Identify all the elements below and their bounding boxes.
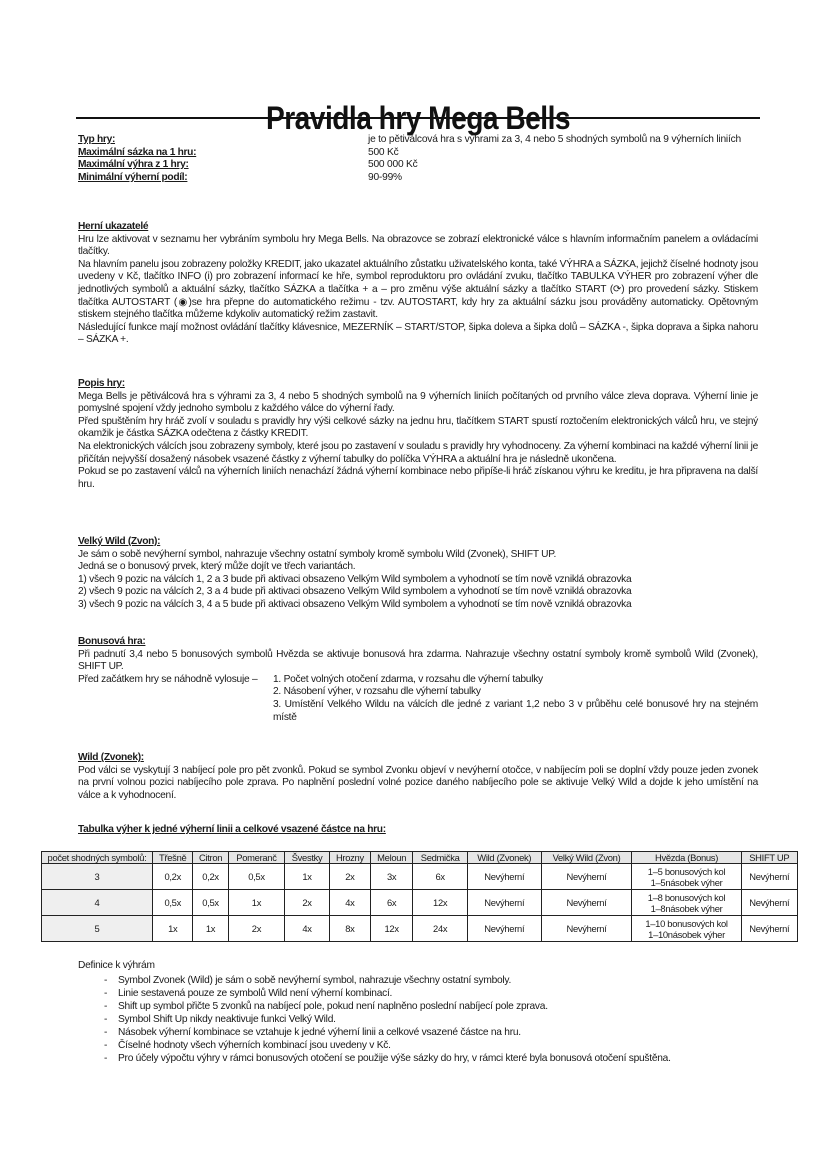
paragraph: Před spuštěním hry hráč zvolí v souladu … [78,416,758,441]
bonus-list: 1. Počet volných otočení zdarma, v rozsa… [273,674,758,724]
bonus-draw: Před začátkem hry se náhodně vylosuje – … [78,674,758,724]
text-line: 1) všech 9 pozic na válcích 1, 2 a 3 bud… [78,574,758,587]
paytable-column-header: Hvězda (Bonus) [632,852,741,864]
section-wild: Wild (Zvonek): Pod válci se vyskytují 3 … [78,752,758,802]
section-heading: Tabulka výher k jedné výherní linii a ce… [78,824,758,837]
section-bonus: Bonusová hra: Při padnutí 3,4 nebo 5 bon… [78,636,758,724]
summary-label: Minimální výherní podíl: [78,172,368,185]
paragraph: Hru lze aktivovat v seznamu her vybráním… [78,234,758,259]
definition-item: Linie sestavená pouze ze symbolů Wild ne… [104,987,778,1000]
definition-item: Číselné hodnoty všech výherních kombinac… [104,1039,778,1052]
bonus-item: 3. Umístění Velkého Wildu na válcích dle… [273,699,758,724]
section-heading: Wild (Zvonek): [78,752,758,765]
payout-cell: 6x [413,864,468,890]
table-row: 30,2x0,2x0,5x1x2x3x6xNevýherníNevýherní1… [42,864,798,890]
payout-cell: Nevýherní [467,864,541,890]
summary-label: Typ hry: [78,134,368,147]
table-row: 40,5x0,5x1x2x4x6x12xNevýherníNevýherní1–… [42,890,798,916]
payout-cell: 4x [285,916,330,942]
payout-cell: 1–10 bonusových kol1–10násobek výher [632,916,741,942]
bonus-item: 2. Násobení výher, v rozsahu dle výherní… [273,686,758,699]
text-line: 2) všech 9 pozic na válcích 2, 3 a 4 bud… [78,586,758,599]
paytable-column-header: Wild (Zvonek) [467,852,541,864]
paytable-column-header: Třešně [153,852,193,864]
payout-cell: 24x [413,916,468,942]
definitions-heading: Definice k výhrám [78,960,778,973]
section-description: Popis hry: Mega Bells je pětiválcová hra… [78,378,758,491]
payout-cell: 2x [285,890,330,916]
text-line: Jedná se o bonusový prvek, který může do… [78,561,758,574]
payout-cell: Nevýherní [467,890,541,916]
symbol-count-cell: 4 [42,890,153,916]
paragraph: Pokud se po zastavení válců na výherních… [78,466,758,491]
payout-cell: 1–5 bonusových kol1–5násobek výher [632,864,741,890]
section-indicators: Herní ukazatelé Hru lze aktivovat v sezn… [78,221,758,347]
summary-row-type: Typ hry: je to pětiválcová hra s výhrami… [78,134,758,147]
paragraph: Na hlavním panelu jsou zobrazeny položky… [78,259,758,322]
title-rule [76,117,760,119]
payout-cell: Nevýherní [541,916,632,942]
paragraph: Mega Bells je pětiválcová hra s výhrami … [78,391,758,416]
payout-cell: 1x [153,916,193,942]
symbol-count-cell: 5 [42,916,153,942]
paragraph: Na elektronických válcích jsou zobrazeny… [78,441,758,466]
payout-cell: Nevýherní [741,916,797,942]
summary-value: 500 000 Kč [368,159,758,172]
paytable-column-header: Sedmička [413,852,468,864]
section-heading: Bonusová hra: [78,636,758,649]
payout-cell: 12x [413,890,468,916]
paytable-column-header: SHIFT UP [741,852,797,864]
text-line: 3) všech 9 pozic na válcích 3, 4 a 5 bud… [78,599,758,612]
paytable-column-header: Meloun [370,852,412,864]
summary-value: je to pětiválcová hra s výhrami za 3, 4 … [368,134,758,147]
payout-cell: 1x [228,890,285,916]
payout-cell: 6x [370,890,412,916]
section-definitions: Definice k výhrám Symbol Zvonek (Wild) j… [78,960,778,1065]
payout-cell: 0,5x [228,864,285,890]
section-big-wild: Velký Wild (Zvon): Je sám o sobě nevýher… [78,536,758,612]
payout-cell: 8x [329,916,370,942]
paragraph: Následující funkce mají možnost ovládání… [78,322,758,347]
bonus-item: 1. Počet volných otočení zdarma, v rozsa… [273,674,758,687]
summary-row-rtp: Minimální výherní podíl: 90-99% [78,172,758,185]
symbol-count-cell: 3 [42,864,153,890]
summary-value: 90-99% [368,172,758,185]
summary-row-max-bet: Maximální sázka na 1 hru: 500 Kč [78,147,758,160]
summary-label: Maximální výhra z 1 hry: [78,159,368,172]
payout-cell: Nevýherní [741,890,797,916]
paragraph: Pod válci se vyskytují 3 nabíjecí pole p… [78,765,758,803]
payout-cell: Nevýherní [541,890,632,916]
payout-cell: Nevýherní [467,916,541,942]
payout-cell: 0,5x [193,890,228,916]
definition-item: Násobek výherní kombinace se vztahuje k … [104,1026,778,1039]
payout-cell: 2x [329,864,370,890]
payout-cell: Nevýherní [541,864,632,890]
definition-item: Symbol Shift Up nikdy neaktivuje funkci … [104,1013,778,1026]
payout-cell: 1–8 bonusových kol1–8násobek výher [632,890,741,916]
payout-cell: 4x [329,890,370,916]
summary-value: 500 Kč [368,147,758,160]
payout-cell: 1x [193,916,228,942]
paytable-column-header: Švestky [285,852,330,864]
payout-cell: Nevýherní [741,864,797,890]
summary-row-max-win: Maximální výhra z 1 hry: 500 000 Kč [78,159,758,172]
payout-cell: 3x [370,864,412,890]
section-heading: Velký Wild (Zvon): [78,536,758,549]
paytable-column-header: Velký Wild (Zvon) [541,852,632,864]
game-summary: Typ hry: je to pětiválcová hra s výhrami… [78,134,758,184]
paytable-column-header: Pomeranč [228,852,285,864]
paytable-column-header: Citron [193,852,228,864]
payout-cell: 0,2x [153,864,193,890]
table-row: 51x1x2x4x8x12x24xNevýherníNevýherní1–10 … [42,916,798,942]
paytable: počet shodných symbolů:TřešněCitronPomer… [41,851,798,942]
payout-cell: 0,5x [153,890,193,916]
paytable-column-header: Hrozny [329,852,370,864]
payout-cell: 1x [285,864,330,890]
bonus-lead: Před začátkem hry se náhodně vylosuje – [78,674,273,724]
summary-label: Maximální sázka na 1 hru: [78,147,368,160]
definition-item: Pro účely výpočtu výhry v rámci bonusový… [104,1052,778,1065]
payout-cell: 0,2x [193,864,228,890]
paytable-column-header: počet shodných symbolů: [42,852,153,864]
text-line: Je sám o sobě nevýherní symbol, nahrazuj… [78,549,758,562]
definition-item: Shift up symbol přičte 5 zvonků na nabíj… [104,1000,778,1013]
section-paytable: Tabulka výher k jedné výherní linii a ce… [78,824,758,837]
section-heading: Popis hry: [78,378,758,391]
paytable-header-row: počet shodných symbolů:TřešněCitronPomer… [42,852,798,864]
section-heading: Herní ukazatelé [78,221,758,234]
payout-cell: 12x [370,916,412,942]
payout-cell: 2x [228,916,285,942]
paragraph: Při padnutí 3,4 nebo 5 bonusových symbol… [78,649,758,674]
definitions-list: Symbol Zvonek (Wild) je sám o sobě nevýh… [78,974,778,1065]
definition-item: Symbol Zvonek (Wild) je sám o sobě nevýh… [104,974,778,987]
